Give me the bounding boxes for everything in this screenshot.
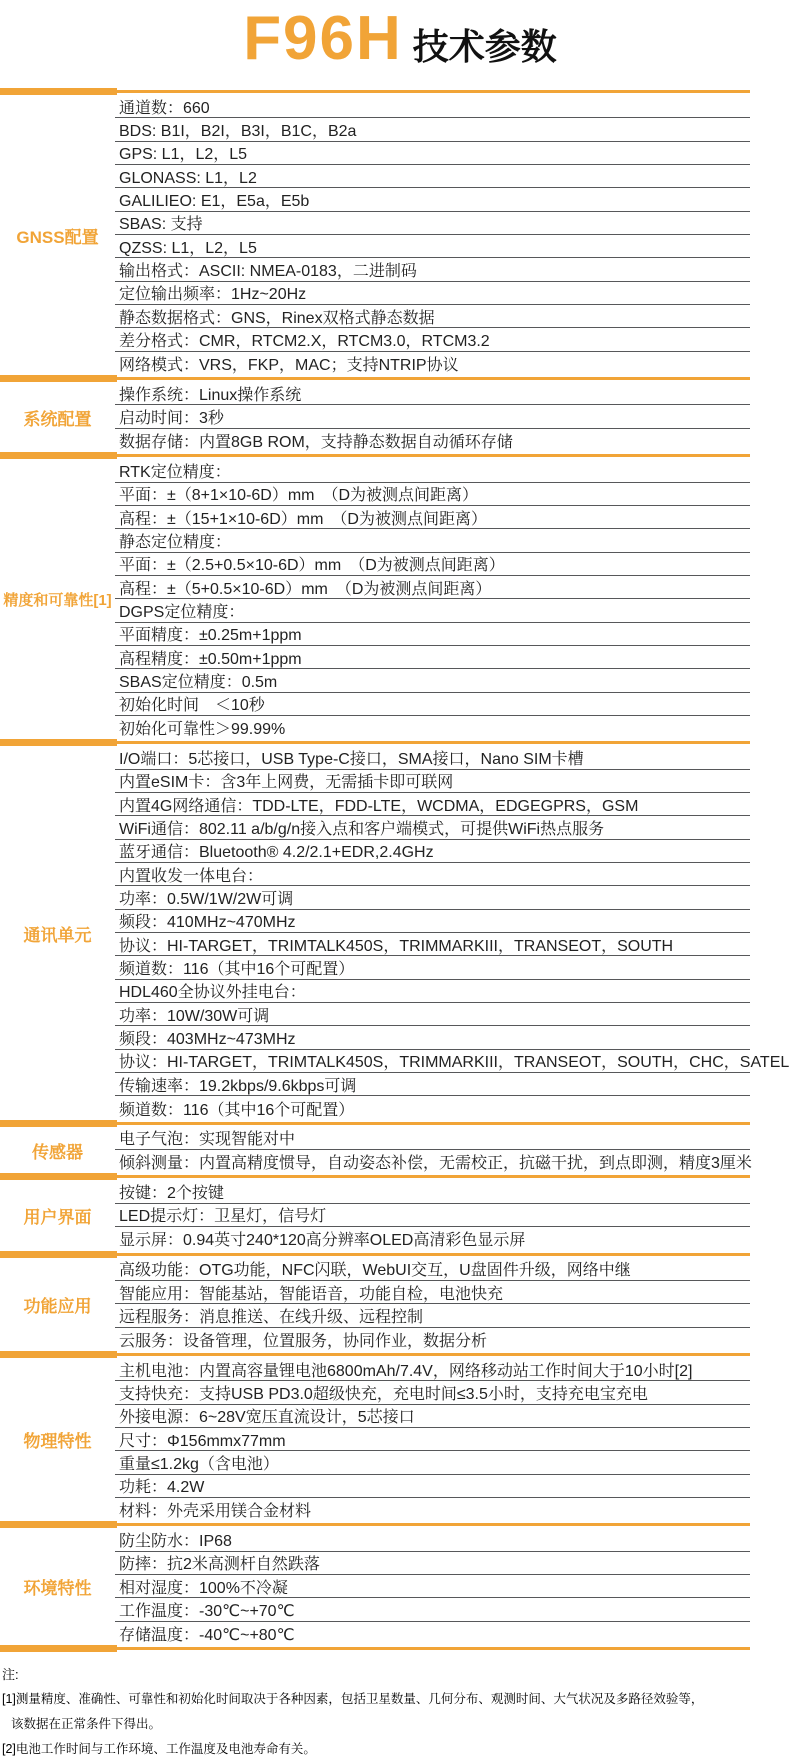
spec-row-text: QZSS: L1，L2，L5 [119,235,257,258]
spec-row-text: 尺寸：Φ156mmx77mm [119,1428,286,1451]
note-line: 该数据在正常条件下得出。 [2,1712,800,1737]
spec-row-text: 防尘防水：IP68 [119,1528,232,1551]
divider-thick-bar [0,1173,117,1180]
spec-row-text: HDL460全协议外挂电台： [119,979,306,1002]
spec-row: I/O端口：5芯接口，USB Type-C接口，SMA接口，Nano SIM卡槽 [115,746,750,769]
section-label: 系统配置 [24,405,92,430]
spec-row-text: 内置4G网络通信：TDD-LTE，FDD-LTE，WCDMA，EDGEGPRS，… [119,793,638,816]
spec-row: BDS: B1I，B2I，B3I，B1C，B2a [115,118,750,141]
section-label-column: 功能应用 [0,1258,115,1351]
spec-row-text: RTK定位精度： [119,459,231,482]
spec-row-text: 差分格式：CMR，RTCM2.X，RTCM3.0，RTCM3.2 [119,328,490,351]
spec-section: GNSS配置通道数：660BDS: B1I，B2I，B3I，B1C，B2aGPS… [0,95,800,375]
section-label: 精度和可靠性[1] [3,589,111,610]
spec-row-text: LED提示灯：卫星灯，信号灯 [119,1203,326,1226]
spec-row: 数据存储：内置8GB ROM，支持静态数据自动循环存储 [115,429,750,452]
notes: 注: [1]测量精度、准确性、可靠性和初始化时间取决于各种因素，包括卫星数量、几… [0,1662,800,1762]
spec-row-text: 输出格式：ASCII: NMEA-0183，二进制码 [119,258,417,281]
section-label: 传感器 [32,1138,83,1163]
spec-row-text: 高级功能：OTG功能，NFC闪联，WebUI交互，U盘固件升级，网络中继 [119,1257,631,1280]
spec-row: 传输速率：19.2kbps/9.6kbps可调 [115,1073,750,1096]
divider-thick-bar [0,1645,117,1652]
spec-row: 静态定位精度： [115,529,750,552]
spec-row: 初始化可靠性＞99.99% [115,716,750,739]
note-line: [2]电池工作时间与工作环境、工作温度及电池寿命有关。 [2,1737,800,1762]
spec-row-text: 相对湿度：100%不冷凝 [119,1575,288,1598]
spec-row: 协议：HI-TARGET，TRIMTALK450S，TRIMMARKIII，TR… [115,933,750,956]
spec-section: 传感器电子气泡：实现智能对中倾斜测量：内置高精度惯导，自动姿态补偿，无需校正，抗… [0,1127,800,1174]
spec-row-text: 初始化可靠性＞99.99% [119,716,285,739]
divider-thick-bar [0,1251,117,1258]
spec-section: 功能应用高级功能：OTG功能，NFC闪联，WebUI交互，U盘固件升级，网络中继… [0,1258,800,1351]
spec-row: 频段：410MHz~470MHz [115,910,750,933]
spec-row-text: 平面：±（8+1×10-6D）mm （D为被测点间距离） [119,482,478,505]
spec-row-text: SBAS定位精度：0.5m [119,669,277,692]
spec-row-text: 静态定位精度： [119,529,231,552]
spec-row: HDL460全协议外挂电台： [115,980,750,1003]
spec-row: 输出格式：ASCII: NMEA-0183，二进制码 [115,258,750,281]
spec-row-text: 高程：±（15+1×10-6D）mm （D为被测点间距离） [119,506,487,529]
spec-row: 按键：2个按键 [115,1180,750,1203]
spec-sheet: F96H 技术参数 GNSS配置通道数：660BDS: B1I，B2I，B3I，… [0,0,800,1764]
spec-row-text: 功耗：4.2W [119,1474,204,1497]
spec-row-text: 高程精度：±0.50m+1ppm [119,646,302,669]
spec-row: 频段：403MHz~473MHz [115,1026,750,1049]
divider-thin-line [117,1353,750,1356]
spec-row: 蓝牙通信：Bluetooth® 4.2/2.1+EDR,2.4GHz [115,840,750,863]
spec-row-text: 操作系统：Linux操作系统 [119,382,301,405]
spec-row-text: 频段：410MHz~470MHz [119,909,296,932]
section-label: 功能应用 [24,1292,92,1317]
spec-row: 网络模式：VRS，FKP，MAC；支持NTRIP协议 [115,352,750,375]
spec-row: 高程精度：±0.50m+1ppm [115,646,750,669]
section-label: GNSS配置 [16,223,98,248]
spec-row: 频道数：116（其中16个可配置） [115,1096,750,1119]
spec-row: 尺寸：Φ156mmx77mm [115,1428,750,1451]
spec-row-text: 功率：0.5W/1W/2W可调 [119,886,293,909]
spec-row-text: 工作温度：-30℃~+70℃ [119,1598,295,1621]
spec-row: 高程：±（15+1×10-6D）mm （D为被测点间距离） [115,506,750,529]
section-label-column: 环境特性 [0,1528,115,1645]
spec-section: 通讯单元I/O端口：5芯接口，USB Type-C接口，SMA接口，Nano S… [0,746,800,1120]
section-label-column: 传感器 [0,1127,115,1174]
spec-row-text: 显示屏：0.94英寸240*120高分辨率OLED高清彩色显示屏 [119,1227,525,1250]
spec-row: 倾斜测量：内置高精度惯导，自动姿态补偿，无需校正，抗磁干扰，到点即测，精度3厘米 [115,1150,750,1173]
section-label-column: 系统配置 [0,382,115,452]
spec-row: 内置收发一体电台： [115,863,750,886]
spec-row-text: 启动时间：3秒 [119,405,224,428]
divider-thick-bar [0,452,117,459]
divider-thick-bar [0,739,117,746]
note-line: [1]测量精度、准确性、可靠性和初始化时间取决于各种因素，包括卫星数量、几何分布… [2,1687,800,1712]
section-rows: 操作系统：Linux操作系统启动时间：3秒数据存储：内置8GB ROM，支持静态… [115,382,750,452]
section-label: 通讯单元 [24,921,92,946]
section-label: 物理特性 [24,1427,92,1452]
divider-thin-line [117,90,750,93]
section-rows: 通道数：660BDS: B1I，B2I，B3I，B1C，B2aGPS: L1，L… [115,95,750,375]
spec-row-text: 远程服务：消息推送、在线升级、远程控制 [119,1304,423,1327]
spec-row-text: DGPS定位精度： [119,599,244,622]
spec-row-text: 材料：外壳采用镁合金材料 [119,1498,311,1521]
spec-row-text: 传输速率：19.2kbps/9.6kbps可调 [119,1073,356,1096]
spec-row-text: 静态数据格式：GNS，Rinex双格式静态数据 [119,305,435,328]
spec-row-text: 内置eSIM卡：含3年上网费，无需插卡即可联网 [119,769,453,792]
spec-row-text: 频道数：116（其中16个可配置） [119,956,354,979]
spec-row: 工作温度：-30℃~+70℃ [115,1598,750,1621]
spec-row: 初始化时间 ＜10秒 [115,693,750,716]
divider-thick-bar [0,1521,117,1528]
spec-row-text: SBAS: 支持 [119,211,203,234]
spec-row: 远程服务：消息推送、在线升级、远程控制 [115,1304,750,1327]
spec-row: 频道数：116（其中16个可配置） [115,956,750,979]
page-header: F96H 技术参数 [0,0,800,80]
section-rows: 防尘防水：IP68防摔：抗2米高测杆自然跌落相对湿度：100%不冷凝工作温度：-… [115,1528,750,1645]
section-rows: RTK定位精度：平面：±（8+1×10-6D）mm （D为被测点间距离）高程：±… [115,459,750,739]
spec-row-text: 协议：HI-TARGET，TRIMTALK450S，TRIMMARKIII，TR… [119,933,673,956]
section-divider [0,1645,800,1652]
spec-row: 通道数：660 [115,95,750,118]
spec-row: WiFi通信：802.11 a/b/g/n接入点和客户端模式，可提供WiFi热点… [115,816,750,839]
spec-row-text: 频道数：116（其中16个可配置） [119,1097,354,1120]
divider-thick-bar [0,1351,117,1358]
spec-row: 高级功能：OTG功能，NFC闪联，WebUI交互，U盘固件升级，网络中继 [115,1258,750,1281]
spec-row: 静态数据格式：GNS，Rinex双格式静态数据 [115,305,750,328]
spec-row-text: 支持快充：支持USB PD3.0超级快充，充电时间≤3.5小时，支持充电宝充电 [119,1381,648,1404]
section-rows: 电子气泡：实现智能对中倾斜测量：内置高精度惯导，自动姿态补偿，无需校正，抗磁干扰… [115,1127,750,1174]
spec-row-text: 电子气泡：实现智能对中 [119,1126,295,1149]
spec-row-text: WiFi通信：802.11 a/b/g/n接入点和客户端模式，可提供WiFi热点… [119,816,604,839]
section-rows: 主机电池：内置高容量锂电池6800mAh/7.4V，网络移动站工作时间大于10小… [115,1358,750,1521]
divider-thin-line [117,1122,750,1125]
spec-row: 功率：10W/30W可调 [115,1003,750,1026]
spec-row-text: 初始化时间 ＜10秒 [119,692,265,715]
spec-row: GLONASS: L1，L2 [115,165,750,188]
spec-row: 操作系统：Linux操作系统 [115,382,750,405]
spec-section: 环境特性防尘防水：IP68防摔：抗2米高测杆自然跌落相对湿度：100%不冷凝工作… [0,1528,800,1645]
divider-thin-line [117,741,750,744]
spec-row: 平面精度：±0.25m+1ppm [115,623,750,646]
spec-row-text: 云服务：设备管理，位置服务，协同作业，数据分析 [119,1328,487,1351]
spec-row-text: 防摔：抗2米高测杆自然跌落 [119,1551,320,1574]
spec-row: GALILIEO: E1，E5a，E5b [115,188,750,211]
spec-row: 材料：外壳采用镁合金材料 [115,1498,750,1521]
spec-row: SBAS: 支持 [115,212,750,235]
divider-thin-line [117,454,750,457]
spec-row-text: 定位输出频率：1Hz~20Hz [119,281,306,304]
spec-row-text: 平面精度：±0.25m+1ppm [119,622,302,645]
spec-row: 高程：±（5+0.5×10-6D）mm （D为被测点间距离） [115,576,750,599]
spec-row: QZSS: L1，L2，L5 [115,235,750,258]
divider-thick-bar [0,375,117,382]
spec-row-text: 智能应用：智能基站，智能语音，功能自检，电池快充 [119,1281,503,1304]
section-label-column: 通讯单元 [0,746,115,1120]
spec-row-text: 频段：403MHz~473MHz [119,1026,296,1049]
spec-row-text: 平面：±（2.5+0.5×10-6D）mm （D为被测点间距离） [119,552,505,575]
section-rows: 按键：2个按键LED提示灯：卫星灯，信号灯显示屏：0.94英寸240*120高分… [115,1180,750,1250]
divider-thin-line [117,1253,750,1256]
section-label-column: 用户界面 [0,1180,115,1250]
spec-row-text: GLONASS: L1，L2 [119,165,257,188]
spec-section: 精度和可靠性[1]RTK定位精度：平面：±（8+1×10-6D）mm （D为被测… [0,459,800,739]
page-title: 技术参数 [413,29,557,65]
spec-row-text: 协议：HI-TARGET，TRIMTALK450S，TRIMMARKIII，TR… [119,1049,789,1072]
spec-row-text: 蓝牙通信：Bluetooth® 4.2/2.1+EDR,2.4GHz [119,839,434,862]
spec-row: 主机电池：内置高容量锂电池6800mAh/7.4V，网络移动站工作时间大于10小… [115,1358,750,1381]
spec-row-text: 功率：10W/30W可调 [119,1003,269,1026]
spec-row-text: 重量≤1.2kg（含电池） [119,1451,279,1474]
spec-row: SBAS定位精度：0.5m [115,669,750,692]
spec-row-text: 主机电池：内置高容量锂电池6800mAh/7.4V，网络移动站工作时间大于10小… [119,1358,692,1381]
spec-row: 防尘防水：IP68 [115,1528,750,1551]
spec-row: 功率：0.5W/1W/2W可调 [115,886,750,909]
spec-row: 智能应用：智能基站，智能语音，功能自检，电池快充 [115,1281,750,1304]
spec-row: 相对湿度：100%不冷凝 [115,1575,750,1598]
spec-row: 平面：±（2.5+0.5×10-6D）mm （D为被测点间距离） [115,553,750,576]
section-label-column: GNSS配置 [0,95,115,375]
spec-row-text: 数据存储：内置8GB ROM，支持静态数据自动循环存储 [119,429,513,452]
section-label: 用户界面 [24,1203,92,1228]
spec-row: 存储温度：-40℃~+80℃ [115,1622,750,1645]
spec-row: 功耗：4.2W [115,1475,750,1498]
spec-row-text: I/O端口：5芯接口，USB Type-C接口，SMA接口，Nano SIM卡槽 [119,746,584,769]
section-label-column: 物理特性 [0,1358,115,1521]
model-name: F96H [243,8,403,70]
spec-row-text: 网络模式：VRS，FKP，MAC；支持NTRIP协议 [119,352,459,375]
divider-thick-bar [0,1120,117,1127]
spec-section: 系统配置操作系统：Linux操作系统启动时间：3秒数据存储：内置8GB ROM，… [0,382,800,452]
spec-row: 外接电源：6~28V宽压直流设计，5芯接口 [115,1405,750,1428]
spec-row: 重量≤1.2kg（含电池） [115,1451,750,1474]
spec-row: 显示屏：0.94英寸240*120高分辨率OLED高清彩色显示屏 [115,1227,750,1250]
spec-row-text: 高程：±（5+0.5×10-6D）mm （D为被测点间距离） [119,576,491,599]
divider-thin-line [117,1647,750,1650]
spec-row: 启动时间：3秒 [115,405,750,428]
spec-row-text: 外接电源：6~28V宽压直流设计，5芯接口 [119,1404,415,1427]
spec-row-text: 按键：2个按键 [119,1180,224,1203]
section-rows: I/O端口：5芯接口，USB Type-C接口，SMA接口，Nano SIM卡槽… [115,746,750,1120]
spec-row: 支持快充：支持USB PD3.0超级快充，充电时间≤3.5小时，支持充电宝充电 [115,1381,750,1404]
divider-thin-line [117,1523,750,1526]
spec-row: 协议：HI-TARGET，TRIMTALK450S，TRIMMARKIII，TR… [115,1050,750,1073]
spec-row: 内置4G网络通信：TDD-LTE，FDD-LTE，WCDMA，EDGEGPRS，… [115,793,750,816]
spec-row: 定位输出频率：1Hz~20Hz [115,282,750,305]
spec-row: 内置eSIM卡：含3年上网费，无需插卡即可联网 [115,770,750,793]
divider-thick-bar [0,88,117,95]
spec-row-text: GALILIEO: E1，E5a，E5b [119,188,309,211]
spec-row: RTK定位精度： [115,459,750,482]
spec-row: 防摔：抗2米高测杆自然跌落 [115,1552,750,1575]
spec-section: 用户界面按键：2个按键LED提示灯：卫星灯，信号灯显示屏：0.94英寸240*1… [0,1180,800,1250]
spec-row: DGPS定位精度： [115,599,750,622]
spec-section: 物理特性主机电池：内置高容量锂电池6800mAh/7.4V，网络移动站工作时间大… [0,1358,800,1521]
spec-row-text: GPS: L1，L2，L5 [119,141,247,164]
spec-row: GPS: L1，L2，L5 [115,142,750,165]
divider-thin-line [117,377,750,380]
section-label: 环境特性 [24,1574,92,1599]
spec-row: 电子气泡：实现智能对中 [115,1127,750,1150]
spec-row: 平面：±（8+1×10-6D）mm （D为被测点间距离） [115,483,750,506]
spec-row: LED提示灯：卫星灯，信号灯 [115,1204,750,1227]
spec-row-text: 通道数：660 [119,95,210,118]
divider-thin-line [117,1175,750,1178]
spec-table: GNSS配置通道数：660BDS: B1I，B2I，B3I，B1C，B2aGPS… [0,88,800,1652]
notes-heading: 注: [2,1662,800,1687]
spec-row: 云服务：设备管理，位置服务，协同作业，数据分析 [115,1328,750,1351]
spec-row-text: 内置收发一体电台： [119,863,263,886]
spec-row-text: 存储温度：-40℃~+80℃ [119,1622,295,1645]
spec-row-text: BDS: B1I，B2I，B3I，B1C，B2a [119,118,356,141]
spec-row-text: 倾斜测量：内置高精度惯导，自动姿态补偿，无需校正，抗磁干扰，到点即测，精度3厘米 [119,1150,752,1173]
section-rows: 高级功能：OTG功能，NFC闪联，WebUI交互，U盘固件升级，网络中继智能应用… [115,1258,750,1351]
section-label-column: 精度和可靠性[1] [0,459,115,739]
spec-row: 差分格式：CMR，RTCM2.X，RTCM3.0，RTCM3.2 [115,328,750,351]
